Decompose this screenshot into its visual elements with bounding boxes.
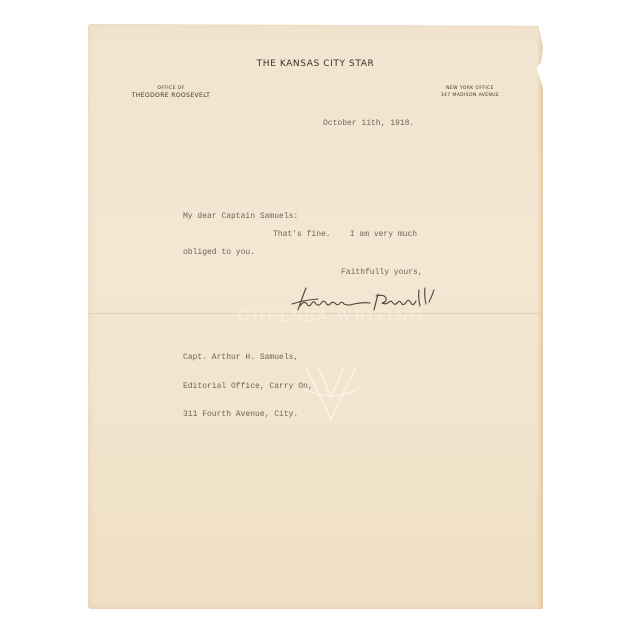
address-line-2: Editorial Office, Carry On, — [183, 382, 313, 392]
ny-office-label: NEW YORK OFFICE — [420, 85, 520, 92]
letterhead-title: THE KANSAS CITY STAR — [88, 59, 543, 69]
letterhead-office-of: OFFICE OF THEODORE ROOSEVELT — [116, 85, 226, 100]
office-name: THEODORE ROOSEVELT — [116, 92, 226, 100]
recipient-address: Capt. Arthur H. Samuels, Editorial Offic… — [183, 334, 313, 439]
address-line-3: 311 Fourth Avenue, City. — [183, 410, 313, 420]
signature — [288, 284, 448, 316]
body-line-2: obliged to you. — [183, 248, 255, 257]
paper-edge-shading — [537, 24, 543, 609]
watermark-monogram-icon — [298, 359, 364, 429]
salutation: My dear Captain Samuels: — [183, 212, 298, 221]
body-line-1: That's fine. I am very much — [273, 230, 417, 239]
letter-paper: THE KANSAS CITY STAR OFFICE OF THEODORE … — [88, 24, 543, 609]
letter-date: October 11th, 1918. — [323, 119, 414, 128]
letterhead-new-york-office: NEW YORK OFFICE 347 MADISON AVENUE — [420, 85, 520, 99]
address-line-1: Capt. Arthur H. Samuels, — [183, 353, 313, 363]
ny-office-address: 347 MADISON AVENUE — [420, 92, 520, 99]
office-of-label: OFFICE OF — [116, 85, 226, 92]
closing: Faithfully yours, — [341, 268, 423, 277]
